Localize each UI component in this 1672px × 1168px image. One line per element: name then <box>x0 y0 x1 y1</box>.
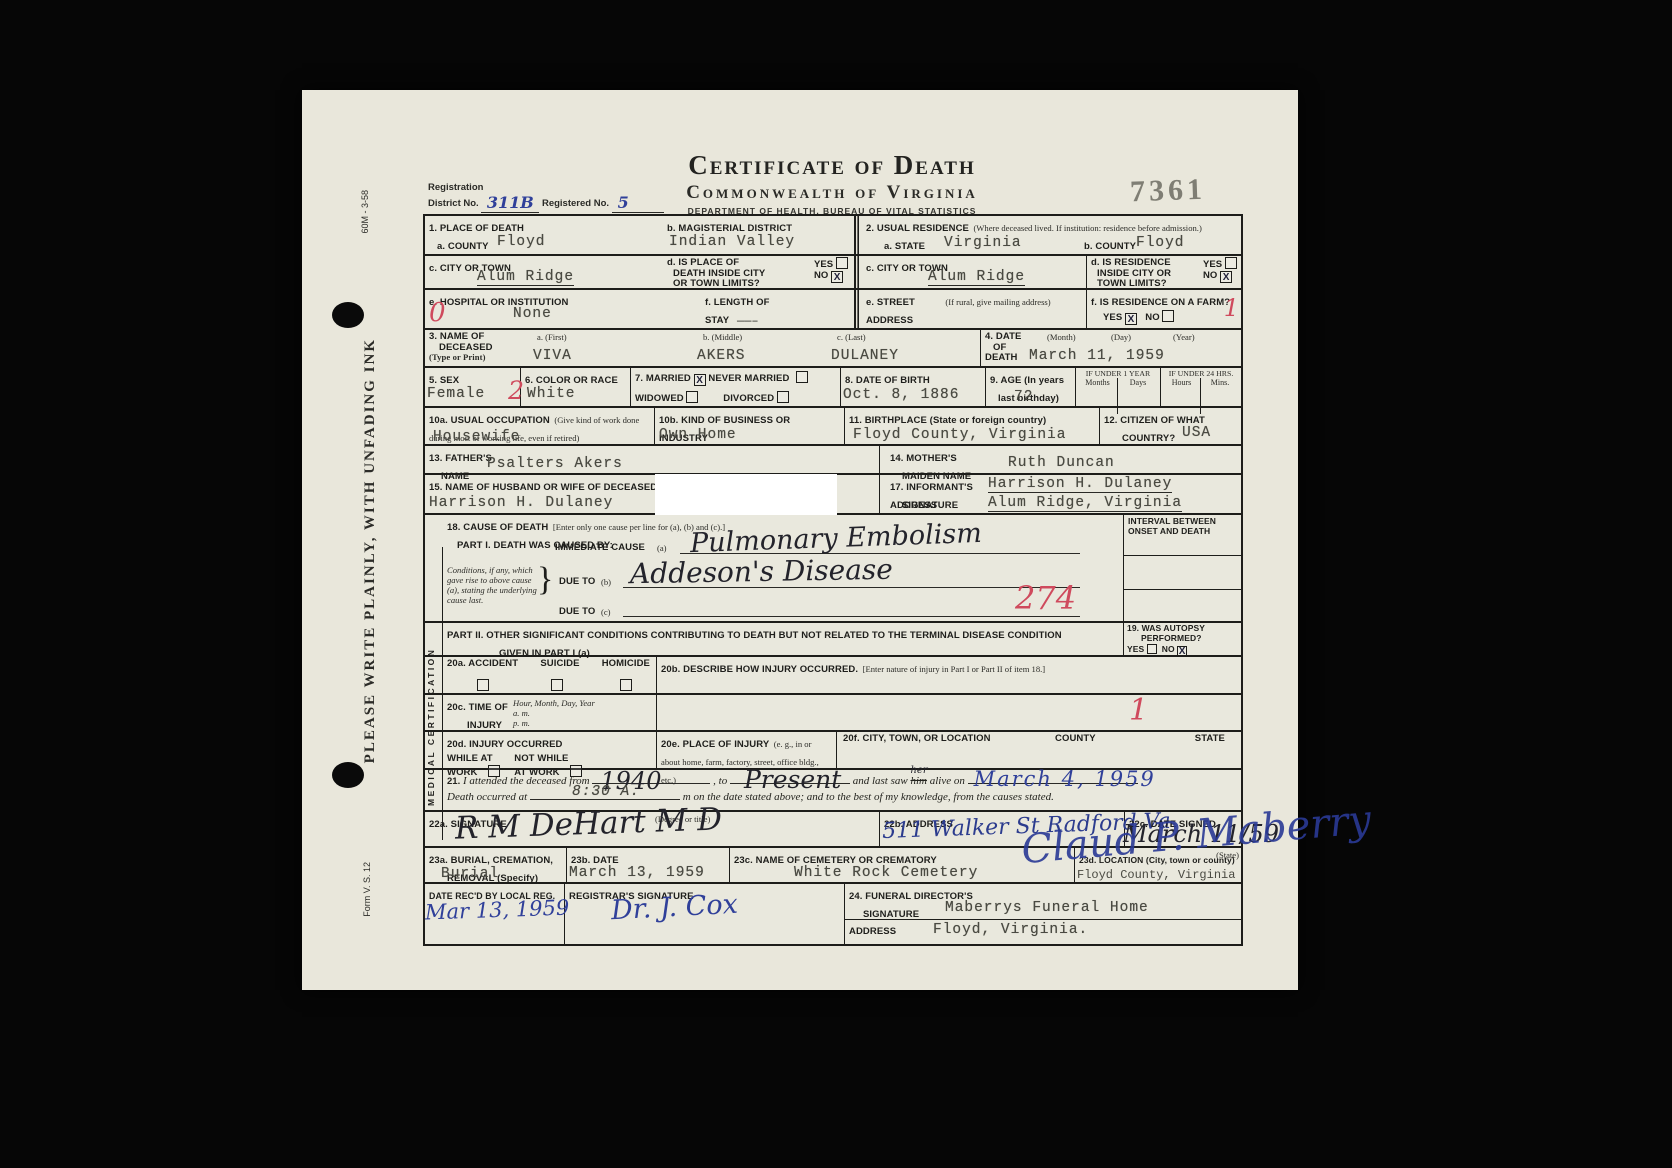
autopsy-label2: PERFORMED? <box>1127 634 1238 644</box>
dod-label1: 4. DATE <box>985 331 1021 342</box>
him-struck-text: him <box>910 775 927 787</box>
field-name-of-deceased: 3. NAME OF DECEASED (Type or Print) a. (… <box>425 330 981 366</box>
autopsy-yes-label: YES <box>1127 644 1144 654</box>
field-informant: 17. INFORMANT'S SIGNATURE Harrison H. Du… <box>880 475 1241 513</box>
field-street-address: e. STREET (If rural, give mailing addres… <box>855 290 1087 328</box>
race-value: White <box>527 386 576 402</box>
informant-label1: 17. INFORMANT'S <box>890 482 973 493</box>
time-of-injury-note1: Hour, Month, Day, Year <box>513 698 595 708</box>
describe-injury-note: [Enter nature of injury in Part I or Par… <box>863 664 1046 674</box>
checkbox-married: X <box>694 374 706 386</box>
attended-to-value: Present <box>744 765 841 794</box>
interval-line-b <box>1124 589 1241 590</box>
dod-label3: DEATH <box>985 352 1018 363</box>
funeral-address-value: Floyd, Virginia. <box>933 922 1088 938</box>
district-no-label: District No. <box>428 198 479 209</box>
her-correction: her <box>910 765 927 776</box>
interval-label2: ONSET AND DEATH <box>1128 527 1237 537</box>
certificate-title: Certificate of Death <box>522 150 1142 181</box>
field-registrar-signature: REGISTRAR'S SIGNATURE Dr. J. Cox <box>565 884 845 944</box>
last-seen-date-value: March 4, 1959 <box>974 767 1156 791</box>
sex-value: Female <box>427 386 485 402</box>
field-burial-date: 23b. DATE March 13, 1959 <box>567 848 730 882</box>
time-pm-label: p. m. <box>513 718 530 728</box>
residence-limits-no-label: NO <box>1203 270 1217 281</box>
never-married-label: NEVER MARRIED <box>708 373 789 384</box>
dod-day-label: (Day) <box>1111 332 1131 342</box>
length-of-stay-value: ——– <box>737 314 759 328</box>
registration-block: Registration District No. 311B Registere… <box>428 182 688 213</box>
attendance-text4: alive on <box>930 775 965 787</box>
residence-state-value: Virginia <box>944 235 1022 251</box>
checkbox-divorced <box>777 391 789 403</box>
place-of-death-label: 1. PLACE OF DEATH <box>429 223 524 234</box>
place-limits-label3: OR TOWN LIMITS? <box>667 278 760 289</box>
checkbox-farm-no <box>1162 310 1174 322</box>
citizen-value: USA <box>1182 425 1211 441</box>
informant-address-value: Alum Ridge, Virginia <box>988 495 1182 512</box>
dob-label: 8. DATE OF BIRTH <box>845 375 930 386</box>
cause-c-marker: (c) <box>601 607 611 617</box>
informant-address-label: ADDRESS <box>890 501 937 512</box>
field-residence-limits: d. IS RESIDENCE INSIDE CITY OR TOWN LIMI… <box>1087 256 1241 288</box>
length-of-stay-label1: f. LENGTH OF <box>705 297 770 308</box>
field-mother-name: 14. MOTHER'S MAIDEN NAME Ruth Duncan <box>880 446 1241 473</box>
certificate-serial-stamp: 7361 <box>1129 173 1206 210</box>
field-part2: PART II. OTHER SIGNIFICANT CONDITIONS CO… <box>425 623 1123 655</box>
write-plainly-instruction: PLEASE WRITE PLAINLY, WITH UNFADING INK <box>362 338 379 763</box>
field-injury-location: 20f. CITY, TOWN, OR LOCATION COUNTY STAT… <box>837 732 1241 768</box>
age-value: 72 <box>1014 389 1033 405</box>
registrar-signature-value: Dr. J. Cox <box>610 889 738 927</box>
field-date-of-death: 4. DATE OF DEATH (Month) (Day) (Year) Ma… <box>981 330 1241 366</box>
street-address-label1: e. STREET <box>866 297 915 308</box>
field-physician-signature: 22a. SIGNATURE (Degree or title) R M DeH… <box>425 812 880 846</box>
length-of-stay-label2: STAY <box>705 315 729 326</box>
dod-label2: OF <box>985 342 1006 353</box>
field-age: 9. AGE (In years last birthday) 72 <box>986 368 1076 406</box>
autopsy-no-label: NO <box>1162 644 1175 654</box>
farm-yes-label: YES <box>1103 312 1122 323</box>
mother-value: Ruth Duncan <box>1008 455 1115 471</box>
spouse-label: 15. NAME OF HUSBAND OR WIFE OF DECEASED <box>429 482 657 493</box>
place-of-injury-label: 20e. PLACE OF INJURY <box>661 739 769 750</box>
registration-label: Registration <box>428 182 688 193</box>
field-business-industry: 10b. KIND OF BUSINESS OR INDUSTRY Own Ho… <box>655 408 845 444</box>
occupation-value: Housewife <box>433 429 520 445</box>
time-red-mark: 1 <box>1129 693 1148 728</box>
homicide-label: HOMICIDE <box>602 659 650 670</box>
time-of-injury-label1: 20c. TIME OF <box>447 702 508 713</box>
field-age-under-1yr: IF UNDER 1 YEAR Months Days <box>1076 368 1161 406</box>
field-race: 6. COLOR OR RACE White <box>521 368 631 406</box>
residence-county-value: Floyd <box>1136 235 1185 251</box>
dod-year-label: (Year) <box>1173 332 1195 342</box>
field-age-under-24hrs: IF UNDER 24 HRS. Hours Mins. <box>1161 368 1241 406</box>
residence-farm-label: f. IS RESIDENCE ON A FARM? <box>1091 297 1230 308</box>
field-date-received: DATE REC'D BY LOCAL REG. Mar 13, 1959 <box>425 884 565 944</box>
attendance-text2: , to <box>713 775 727 787</box>
field-sex: 5. SEX Female 2 <box>425 368 521 406</box>
print-run-code: 60M - 3-58 <box>360 190 370 234</box>
suicide-label: SUICIDE <box>540 659 579 670</box>
due-to-c-label: DUE TO <box>559 607 595 618</box>
field-burial-type: 23a. BURIAL, CREMATION, REMOVAL (Specify… <box>425 848 567 882</box>
time-am-label: a. m. <box>513 708 530 718</box>
time-of-injury-label2: INJURY <box>447 720 502 731</box>
certificate-scan: 60M - 3-58 PLEASE WRITE PLAINLY, WITH UN… <box>302 90 1298 990</box>
under-1yr-label: IF UNDER 1 YEAR <box>1078 369 1158 378</box>
registered-no-label: Registered No. <box>542 198 609 209</box>
residence-county-label: b. COUNTY <box>1084 241 1136 252</box>
father-value: Psalters Akers <box>487 456 623 472</box>
while-at-work-label1: WHILE AT <box>447 753 493 764</box>
middle-name-label: b. (Middle) <box>703 332 742 342</box>
field-usual-occupation: 10a. USUAL OCCUPATION (Give kind of work… <box>425 408 655 444</box>
residence-state-label: a. STATE <box>884 241 925 252</box>
attendance-text3: and last saw <box>853 775 908 787</box>
field-place-city: c. CITY OR TOWN Alum Ridge <box>425 256 663 288</box>
occupation-label: 10a. USUAL OCCUPATION <box>429 415 550 426</box>
deceased-label1: 3. NAME OF <box>429 331 484 342</box>
residence-city-value: Alum Ridge <box>928 269 1025 286</box>
hospital-red-mark: 0 <box>429 298 446 328</box>
cause-b-value: Addeson's Disease <box>630 553 893 591</box>
field-hospital: e. HOSPITAL OR INSTITUTION 0 None <box>425 290 677 328</box>
death-certificate-form: 1. PLACE OF DEATH a. COUNTY Floyd b. MAG… <box>423 214 1243 946</box>
injury-county-label: COUNTY <box>1055 734 1096 745</box>
father-label1: 13. FATHER'S <box>429 453 492 464</box>
under-24hrs-label: IF UNDER 24 HRS. <box>1163 369 1239 378</box>
field-time-of-injury: 20c. TIME OF INJURY Hour, Month, Day, Ye… <box>425 695 657 730</box>
injury-city-label: 20f. CITY, TOWN, OR LOCATION <box>843 734 991 745</box>
burial-value: Burial <box>441 866 499 882</box>
middle-name-value: AKERS <box>697 348 746 364</box>
field-accident-suicide-homicide: 20a. ACCIDENT SUICIDE HOMICIDE <box>425 657 657 693</box>
field-magisterial-district: b. MAGISTERIAL DISTRICT Indian Valley <box>663 216 855 254</box>
funeral-address-label: ADDRESS <box>849 926 896 937</box>
checkbox-autopsy-no: X <box>1177 646 1187 656</box>
not-while-label1: NOT WHILE <box>514 753 568 764</box>
birthplace-value: Floyd County, Virginia <box>853 427 1066 443</box>
cause-of-death-label: 18. CAUSE OF DEATH <box>447 522 548 533</box>
field-date-of-birth: 8. DATE OF BIRTH Oct. 8, 1886 <box>841 368 986 406</box>
first-name-label: a. (First) <box>537 332 567 342</box>
field-place-limits: d. IS PLACE OF DEATH INSIDE CITY OR TOWN… <box>663 256 855 288</box>
attendance-text1: I attended the deceased from <box>463 775 590 787</box>
residence-limits-label3: TOWN LIMITS? <box>1091 278 1167 289</box>
funeral-director-label2: SIGNATURE <box>849 909 919 920</box>
cause-c-line <box>623 616 1080 617</box>
field-residence-city: c. CITY OR TOWN Alum Ridge <box>855 256 1087 288</box>
checkbox-residence-limits-yes <box>1225 257 1237 269</box>
hospital-value: None <box>513 306 552 322</box>
date-received-value: Mar 13, 1959 <box>425 895 570 924</box>
field-father-name: 13. FATHER'S NAME Psalters Akers <box>425 446 880 473</box>
birthplace-label: 11. BIRTHPLACE (State or foreign country… <box>849 415 1046 426</box>
injury-occurred-label: 20d. INJURY OCCURRED <box>447 739 563 750</box>
cause-a-marker: (a) <box>657 543 667 553</box>
checkbox-widowed <box>686 391 698 403</box>
married-label: 7. MARRIED <box>635 373 691 384</box>
race-label: 6. COLOR OR RACE <box>525 375 618 386</box>
checkbox-place-limits-no: X <box>831 271 843 283</box>
death-occurred-text: Death occurred at <box>447 791 527 803</box>
deceased-label2: DECEASED <box>429 342 493 353</box>
field-time-of-injury-entry: 1 <box>657 695 1241 730</box>
checkbox-homicide <box>620 679 632 691</box>
field-place-of-death-county: 1. PLACE OF DEATH a. COUNTY Floyd <box>425 216 663 254</box>
magisterial-district-value: Indian Valley <box>669 234 795 250</box>
age-label1: 9. AGE (In years <box>990 375 1064 386</box>
business-value: Own Home <box>659 427 737 443</box>
dod-month-label: (Month) <box>1047 332 1076 342</box>
usual-residence-label: 2. USUAL RESIDENCE <box>866 223 969 234</box>
field-place-of-injury: 20e. PLACE OF INJURY (e. g., in or about… <box>657 732 837 768</box>
part2-label: PART II. OTHER SIGNIFICANT CONDITIONS CO… <box>447 630 1062 641</box>
residence-limits-yes-label: YES <box>1203 259 1222 270</box>
deceased-type-note: (Type or Print) <box>429 352 486 362</box>
last-name-label: c. (Last) <box>837 332 866 342</box>
punch-hole-top <box>332 302 364 328</box>
field-usual-residence: 2. USUAL RESIDENCE (Where deceased lived… <box>855 216 1241 254</box>
place-limits-no-label: NO <box>814 270 828 281</box>
checkbox-farm-yes: X <box>1125 313 1137 325</box>
checkbox-residence-limits-no: X <box>1220 271 1232 283</box>
checkbox-place-limits-yes <box>836 257 848 269</box>
burial-date-value: March 13, 1959 <box>569 865 705 881</box>
field-describe-injury: 20b. DESCRIBE HOW INJURY OCCURRED. [Ente… <box>657 657 1241 693</box>
first-name-value: VIVA <box>533 348 572 364</box>
field-spouse: 15. NAME OF HUSBAND OR WIFE OF DECEASED … <box>425 475 880 513</box>
field-residence-farm: f. IS RESIDENCE ON A FARM? YES X NO 1 <box>1087 290 1241 328</box>
checkbox-autopsy-yes <box>1147 644 1157 654</box>
place-county-value: Floyd <box>497 234 546 250</box>
field-marital-status: 7. MARRIED X NEVER MARRIED WIDOWED DIVOR… <box>631 368 841 406</box>
conditions-brace: } <box>537 561 553 599</box>
spouse-value: Harrison H. Dulaney <box>429 495 613 511</box>
due-to-b-label: DUE TO <box>559 577 595 588</box>
residence-limits-label2: INSIDE CITY OR <box>1091 268 1171 279</box>
street-address-label2: ADDRESS <box>866 315 913 326</box>
place-limits-yes-label: YES <box>814 259 833 270</box>
last-name-value: DULANEY <box>831 348 899 364</box>
farm-red-mark: 1 <box>1224 294 1239 322</box>
cause-b-marker: (b) <box>601 577 611 587</box>
cemetery-value: White Rock Cemetery <box>794 865 978 881</box>
interval-line-a <box>1124 555 1241 556</box>
place-city-value: Alum Ridge <box>477 269 574 286</box>
death-time-value: 8:30 A. <box>572 784 640 800</box>
farm-no-label: NO <box>1145 312 1159 323</box>
funeral-home-value: Maberrys Funeral Home <box>945 900 1149 916</box>
accident-label: 20a. ACCIDENT <box>447 659 518 670</box>
field-funeral-director: 24. FUNERAL DIRECTOR'S SIGNATURE Maberry… <box>845 884 1241 944</box>
usual-residence-note: (Where deceased lived. If institution: r… <box>973 223 1201 233</box>
field-injury-occurred: 20d. INJURY OCCURRED WHILE AT WORK NOT W… <box>425 732 657 768</box>
street-address-note: (If rural, give mailing address) <box>945 297 1050 307</box>
district-no-value: 311B <box>481 193 539 213</box>
widowed-label: WIDOWED <box>635 393 684 404</box>
informant-value: Harrison H. Dulaney <box>988 476 1172 493</box>
checkbox-never-married <box>796 371 808 383</box>
describe-injury-label: 20b. DESCRIBE HOW INJURY OCCURRED. <box>661 664 858 675</box>
divorced-label: DIVORCED <box>723 393 774 404</box>
field-birthplace: 11. BIRTHPLACE (State or foreign country… <box>845 408 1100 444</box>
residence-limits-label1: d. IS RESIDENCE <box>1091 257 1171 268</box>
mother-label1: 14. MOTHER'S <box>890 453 957 464</box>
field-length-of-stay: f. LENGTH OF STAY ——– <box>677 290 855 328</box>
cause-code-red: 274 <box>1015 579 1076 617</box>
dob-value: Oct. 8, 1886 <box>843 387 959 403</box>
checkbox-accident <box>477 679 489 691</box>
dod-value: March 11, 1959 <box>1029 348 1165 364</box>
place-county-label: a. COUNTY <box>429 241 489 252</box>
magisterial-district-label: b. MAGISTERIAL DISTRICT <box>667 223 792 234</box>
conditions-note: Conditions, if any, which gave rise to a… <box>447 565 539 605</box>
field-attendance-statement: 21. I attended the deceased from 1940 , … <box>425 770 1241 810</box>
burial-label1: 23a. BURIAL, CREMATION, <box>429 855 553 866</box>
field-autopsy: 19. WAS AUTOPSY PERFORMED? YES NO X <box>1123 623 1241 655</box>
punch-hole-bottom <box>332 762 364 788</box>
registered-no-value: 5 <box>612 193 664 213</box>
checkbox-suicide <box>551 679 563 691</box>
form-number: Form V. S. 12 <box>362 862 372 917</box>
attendance-number: 21. <box>447 776 460 787</box>
redaction-box <box>655 474 837 515</box>
attendance-text6: m on the date stated above; and to the b… <box>683 791 1054 803</box>
burial-location-value: Floyd County, Virginia <box>1077 868 1235 882</box>
citizen-label2: COUNTRY? <box>1104 433 1175 444</box>
sex-label: 5. SEX <box>429 375 459 386</box>
field-citizen: 12. CITIZEN OF WHAT COUNTRY? USA <box>1100 408 1241 444</box>
place-limits-label2: DEATH INSIDE CITY <box>667 268 765 279</box>
field-cause-of-death: 18. CAUSE OF DEATH [Enter only one cause… <box>425 515 1123 621</box>
field-interval-onset-death: INTERVAL BETWEEN ONSET AND DEATH <box>1123 515 1241 621</box>
place-limits-label1: d. IS PLACE OF <box>667 257 739 268</box>
injury-state-label: STATE <box>1195 734 1225 745</box>
immediate-cause-label: IMMEDIATE CAUSE <box>555 543 645 554</box>
